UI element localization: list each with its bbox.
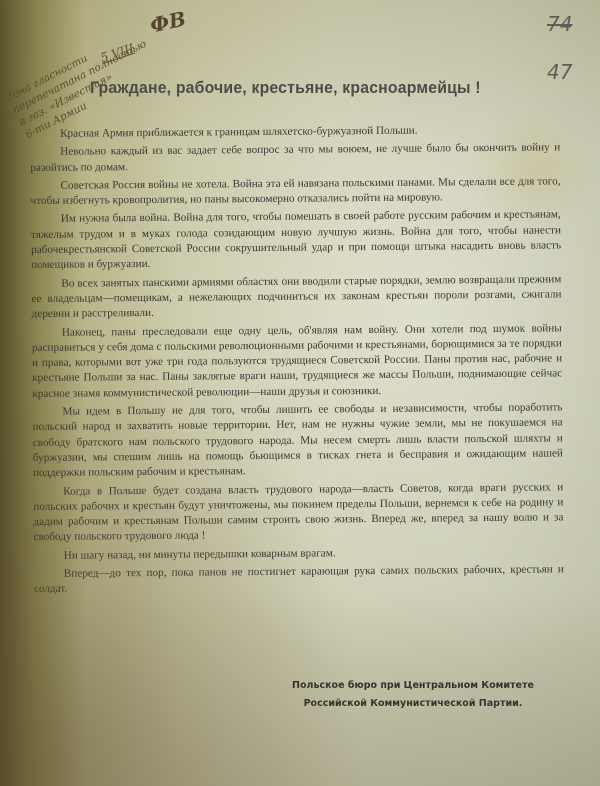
paragraph: Вперед—до тех пор, пока панов не постигн… <box>34 562 564 597</box>
paragraph: Наконец, паны преследовали еще одну цель… <box>32 321 563 402</box>
signature-line: Российской Коммунистической Партии. <box>268 695 558 713</box>
archive-number: 47 <box>547 60 572 84</box>
leaflet-title: Граждане, рабочие, крестьяне, красноарме… <box>90 78 499 98</box>
paragraph: Красная Армия приближается к границам шл… <box>30 122 560 142</box>
leaflet-body: Красная Армия приближается к границам шл… <box>30 122 564 600</box>
archive-number-crossed-out: 74 <box>547 12 572 36</box>
paragraph: Мы идем в Польшу не для того, чтобы лиши… <box>32 400 563 481</box>
paragraph: Советская Россия войны не хотела. Война … <box>30 174 560 209</box>
signature-line: Польское бюро при Центральном Комитете <box>268 677 558 695</box>
paragraph: Когда в Польше будет создана власть труд… <box>33 480 564 546</box>
paragraph: Во всех занятых панскими армиями областя… <box>31 272 561 323</box>
paragraph: Невольно каждый из вас задает себе вопро… <box>30 141 560 176</box>
paragraph: Ни шагу назад, ни минуты передышки ковар… <box>34 544 564 564</box>
paragraph: Им нужна была война. Война для того, что… <box>31 208 562 274</box>
document-photo: Зона гласности перепечатана полностью в … <box>0 0 600 786</box>
issuer-signature: Польское бюро при Центральном Комитете Р… <box>268 677 558 713</box>
